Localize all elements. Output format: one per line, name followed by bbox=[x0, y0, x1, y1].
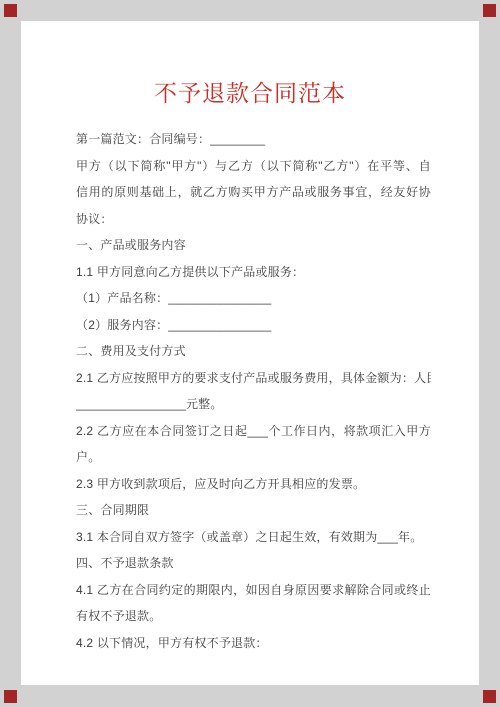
text-line: 信用的原则基础上，就乙方购买甲方产品或服务事宜，经友好协商，达成如下 bbox=[76, 179, 431, 206]
text-line: 户。 bbox=[76, 444, 431, 471]
corner-mark-top-right bbox=[483, 4, 496, 17]
text-line: 1.1 甲方同意向乙方提供以下产品或服务： bbox=[76, 259, 431, 286]
text-line: 2.3 甲方收到款项后，应及时向乙方开具相应的发票。 bbox=[76, 471, 431, 498]
text-line: 二、费用及支付方式 bbox=[76, 338, 431, 365]
text-line: 一、产品或服务内容 bbox=[76, 232, 431, 259]
corner-mark-bottom-right bbox=[483, 690, 496, 703]
text-line: 甲方（以下简称"甲方"）与乙方（以下简称"乙方"）在平等、自愿、公平、诚实 bbox=[76, 153, 431, 180]
corner-mark-bottom-left bbox=[4, 690, 17, 703]
contract-page: 不予退款合同范本 第一篇范文：合同编号：________甲方（以下简称"甲方"）… bbox=[21, 21, 479, 685]
text-line: ________________元整。 bbox=[76, 391, 431, 418]
text-line: 有权不予退款。 bbox=[76, 603, 431, 630]
text-line: 协议： bbox=[76, 206, 431, 233]
text-line: （2）服务内容：_______________ bbox=[76, 312, 431, 339]
text-line: 2.1 乙方应按照甲方的要求支付产品或服务费用，具体金额为：人民币 bbox=[76, 365, 431, 392]
text-line: 第一篇范文：合同编号：________ bbox=[76, 126, 431, 153]
text-line: 三、合同期限 bbox=[76, 497, 431, 524]
corner-mark-top-left bbox=[4, 4, 17, 17]
document-title: 不予退款合同范本 bbox=[21, 81, 479, 106]
text-line: 3.1 本合同自双方签字（或盖章）之日起生效，有效期为___年。 bbox=[76, 524, 431, 551]
text-line: 四、不予退款条款 bbox=[76, 550, 431, 577]
text-line: （1）产品名称：_______________ bbox=[76, 285, 431, 312]
document-body: 第一篇范文：合同编号：________甲方（以下简称"甲方"）与乙方（以下简称"… bbox=[76, 126, 431, 656]
document-viewer-background: 不予退款合同范本 第一篇范文：合同编号：________甲方（以下简称"甲方"）… bbox=[0, 0, 500, 707]
text-line: 2.2 乙方应在本合同签订之日起___个工作日内，将款项汇入甲方指定的账 bbox=[76, 418, 431, 445]
text-line: 4.1 乙方在合同约定的期限内，如因自身原因要求解除合同或终止服务，甲方 bbox=[76, 577, 431, 604]
text-line: 4.2 以下情况，甲方有权不予退款： bbox=[76, 630, 431, 657]
